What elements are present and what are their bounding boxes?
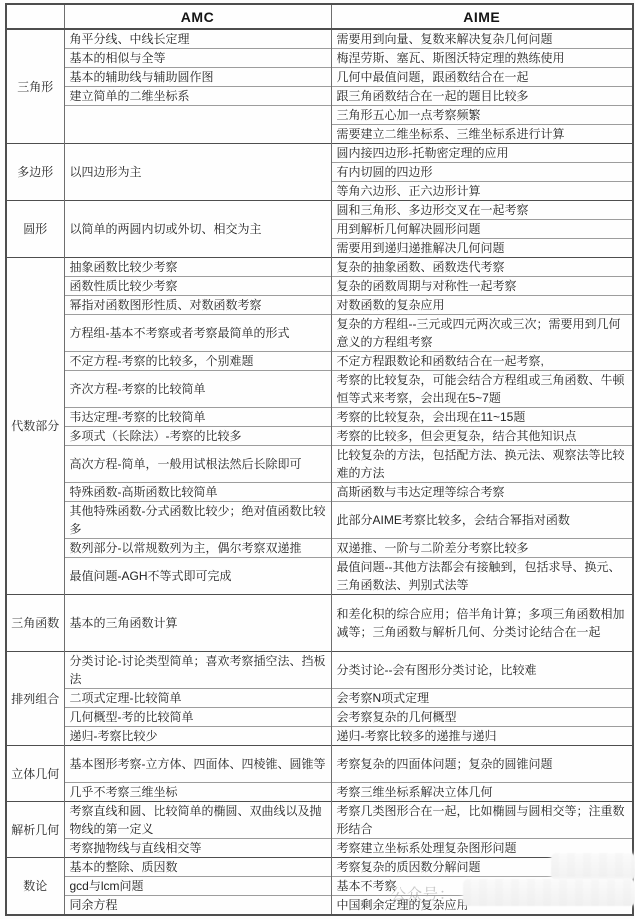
aime-cell: 复杂的方程组--三元或四元两次或三次；需要用到几何意义的方程组考察 <box>331 315 633 352</box>
table-row: 考察抛物线与直线相交等考察建立坐标系处理复杂图形问题 <box>6 839 633 858</box>
table-row: 数列部分-以常规数列为主，偶尔考察双递推双递推、一阶与二阶差分考察比较多 <box>6 539 633 558</box>
amc-cell: 韦达定理-考察的比较简单 <box>64 408 331 427</box>
amc-cell: 最值问题-AGH不等式即可完成 <box>64 558 331 595</box>
table-row: 多项式（长除法）-考察的比较多考察的比较多，但会更复杂，结合其他知识点 <box>6 427 633 446</box>
amc-cell: 函数性质比较少考察 <box>64 277 331 296</box>
amc-cell: 数列部分-以常规数列为主，偶尔考察双递推 <box>64 539 331 558</box>
table-row: 排列组合分类讨论-讨论类型简单；喜欢考察插空法、挡板法分类讨论--会有图形分类讨… <box>6 652 633 689</box>
table-row: 三角形五心加一点考察频繁 <box>6 106 633 125</box>
aime-cell: 等角六边形、正六边形计算 <box>331 182 633 201</box>
aime-cell: 几何中最值问题，跟函数结合在一起 <box>331 68 633 87</box>
amc-cell: 其他特殊函数-分式函数比较少；绝对值函数比较多 <box>64 502 331 539</box>
amc-cell: 幂指对函数图形性质、对数函数考察 <box>64 296 331 315</box>
amc-cell: 基本图形考察-立方体、四面体、四棱锥、圆锥等 <box>64 746 331 783</box>
category-cell: 数论 <box>6 858 64 916</box>
table-row: 幂指对函数图形性质、对数函数考察对数函数的复杂应用 <box>6 296 633 315</box>
table-row: 三角函数基本的三角函数计算和差化积的综合应用；倍半角计算；多项三角函数相加减等；… <box>6 595 633 652</box>
amc-cell: 以简单的两圆内切或外切、相交为主 <box>64 201 331 258</box>
aime-cell: 有内切圆的四边形 <box>331 163 633 182</box>
table-row: 韦达定理-考察的比较简单考察的比较复杂，会出现在11~15题 <box>6 408 633 427</box>
amc-cell: 考察直线和圆、比较简单的椭圆、双曲线以及抛物线的第一定义 <box>64 802 331 839</box>
aime-cell: 考察的比较多，但会更复杂，结合其他知识点 <box>331 427 633 446</box>
amc-cell: 以四边形为主 <box>64 144 331 201</box>
aime-cell: 和差化积的综合应用；倍半角计算；多项三角函数相加减等；三角函数与解析几何、分类讨… <box>331 595 633 652</box>
aime-cell: 会考察复杂的几何概型 <box>331 708 633 727</box>
table-row: 基本的相似与全等梅涅劳斯、塞瓦、斯图沃特定理的熟练使用 <box>6 49 633 68</box>
watermark-blur-block-bottom <box>463 879 635 906</box>
aime-cell: 复杂的抽象函数、函数迭代考察 <box>331 258 633 277</box>
aime-cell: 双递推、一阶与二阶差分考察比较多 <box>331 539 633 558</box>
table-row: 最值问题-AGH不等式即可完成最值问题--其他方法都会有接触到，包括求导、换元、… <box>6 558 633 595</box>
amc-cell <box>64 106 331 144</box>
table-row: 立体几何基本图形考察-立方体、四面体、四棱锥、圆锥等考察复杂的四面体问题；复杂的… <box>6 746 633 783</box>
table-row: 基本的辅助线与辅助圆作图几何中最值问题，跟函数结合在一起 <box>6 68 633 87</box>
aime-cell: 圆和三角形、多边形交叉在一起考察 <box>331 201 633 220</box>
watermark-blur-block-top <box>551 853 635 880</box>
table-row: 不定方程-考察的比较多，个别难题不定方程跟数论和函数结合在一起考察, <box>6 352 633 371</box>
amc-cell: 特殊函数-高斯函数比较简单 <box>64 483 331 502</box>
category-cell: 立体几何 <box>6 746 64 802</box>
amc-cell: 基本的相似与全等 <box>64 49 331 68</box>
aime-cell: 高斯函数与韦达定理等综合考察 <box>331 483 633 502</box>
table-row: 高次方程-简单，一般用试根法然后长除即可比较复杂的方法，包括配方法、换元法、观察… <box>6 446 633 483</box>
aime-cell: 此部分AIME考察比较多，会结合幂指对函数 <box>331 502 633 539</box>
category-cell: 三角形 <box>6 29 64 144</box>
amc-cell: gcd与lcm问题 <box>64 877 331 896</box>
amc-cell: 不定方程-考察的比较多，个别难题 <box>64 352 331 371</box>
amc-cell: 同余方程 <box>64 896 331 916</box>
aime-cell: 最值问题--其他方法都会有接触到，包括求导、换元、三角函数法、判别式法等 <box>331 558 633 595</box>
amc-cell: 分类讨论-讨论类型简单；喜欢考察插空法、挡板法 <box>64 652 331 689</box>
table-row: 建立简单的二维坐标系跟三角函数结合在一起的题目比较多 <box>6 87 633 106</box>
table-row: 其他特殊函数-分式函数比较少；绝对值函数比较多此部分AIME考察比较多，会结合幂… <box>6 502 633 539</box>
category-cell: 解析几何 <box>6 802 64 858</box>
header-category-cell <box>6 4 64 29</box>
table-row: 三角形角平分线、中线长定理需要用到向量、复数来解决复杂几何问题 <box>6 29 633 49</box>
aime-cell: 对数函数的复杂应用 <box>331 296 633 315</box>
amc-cell: 方程组-基本不考察或者考察最简单的形式 <box>64 315 331 352</box>
amc-cell: 齐次方程-考察的比较简单 <box>64 371 331 408</box>
aime-cell: 考察复杂的四面体问题；复杂的圆锥问题 <box>331 746 633 783</box>
amc-cell: 基本的三角函数计算 <box>64 595 331 652</box>
amc-cell: 递归-考察比较少 <box>64 727 331 746</box>
comparison-table-body: 三角形角平分线、中线长定理需要用到向量、复数来解决复杂几何问题基本的相似与全等梅… <box>6 29 633 915</box>
amc-cell: 考察抛物线与直线相交等 <box>64 839 331 858</box>
aime-cell: 不定方程跟数论和函数结合在一起考察, <box>331 352 633 371</box>
table-row: 方程组-基本不考察或者考察最简单的形式复杂的方程组--三元或四元两次或三次；需要… <box>6 315 633 352</box>
header-amc-cell: AMC <box>64 4 331 29</box>
aime-cell: 需要用到向量、复数来解决复杂几何问题 <box>331 29 633 49</box>
table-row: 数论基本的整除、质因数考察复杂的质因数分解问题 <box>6 858 633 877</box>
aime-cell: 复杂的函数周期与对称性一起考察 <box>331 277 633 296</box>
aime-cell: 分类讨论--会有图形分类讨论，比较难 <box>331 652 633 689</box>
category-cell: 圆形 <box>6 201 64 258</box>
category-cell: 三角函数 <box>6 595 64 652</box>
table-row: 几乎不考察三维坐标考察三维坐标系解决立体几何 <box>6 783 633 802</box>
amc-cell: 角平分线、中线长定理 <box>64 29 331 49</box>
aime-cell: 考察几类图形合在一起，比如椭圆与圆相交等；注重数形结合 <box>331 802 633 839</box>
table-row: 函数性质比较少考察复杂的函数周期与对称性一起考察 <box>6 277 633 296</box>
aime-cell: 比较复杂的方法，包括配方法、换元法、观察法等比较难的方法 <box>331 446 633 483</box>
category-cell: 多边形 <box>6 144 64 201</box>
aime-cell: 需要用到递归递推解决几何问题 <box>331 239 633 258</box>
amc-cell: 几乎不考察三维坐标 <box>64 783 331 802</box>
amc-cell: 二项式定理-比较简单 <box>64 689 331 708</box>
table-row: 几何概型-考的比较简单会考察复杂的几何概型 <box>6 708 633 727</box>
table-row: 多边形以四边形为主圆内接四边形-托勒密定理的应用 <box>6 144 633 163</box>
amc-cell: 建立简单的二维坐标系 <box>64 87 331 106</box>
aime-cell: 用到解析几何解决圆形问题 <box>331 220 633 239</box>
amc-cell: 基本的整除、质因数 <box>64 858 331 877</box>
aime-cell: 递归-考察比较多的递推与递归 <box>331 727 633 746</box>
amc-cell: 抽象函数比较少考察 <box>64 258 331 277</box>
header-row: AMC AIME <box>6 4 633 29</box>
amc-aime-comparison-table: AMC AIME 三角形角平分线、中线长定理需要用到向量、复数来解决复杂几何问题… <box>5 3 634 916</box>
table-row: 二项式定理-比较简单会考察N项式定理 <box>6 689 633 708</box>
aime-cell: 考察三维坐标系解决立体几何 <box>331 783 633 802</box>
amc-cell: 多项式（长除法）-考察的比较多 <box>64 427 331 446</box>
table-row: 代数部分抽象函数比较少考察复杂的抽象函数、函数迭代考察 <box>6 258 633 277</box>
aime-cell: 梅涅劳斯、塞瓦、斯图沃特定理的熟练使用 <box>331 49 633 68</box>
aime-cell: 三角形五心加一点考察频繁 <box>331 106 633 125</box>
table-row: 递归-考察比较少递归-考察比较多的递推与递归 <box>6 727 633 746</box>
amc-cell: 高次方程-简单，一般用试根法然后长除即可 <box>64 446 331 483</box>
amc-cell: 几何概型-考的比较简单 <box>64 708 331 727</box>
aime-cell: 跟三角函数结合在一起的题目比较多 <box>331 87 633 106</box>
aime-cell: 需要建立二维坐标系、三维坐标系进行计算 <box>331 125 633 144</box>
table-row: 解析几何考察直线和圆、比较简单的椭圆、双曲线以及抛物线的第一定义考察几类图形合在… <box>6 802 633 839</box>
table-row: 圆形以简单的两圆内切或外切、相交为主圆和三角形、多边形交叉在一起考察 <box>6 201 633 220</box>
header-aime-cell: AIME <box>331 4 633 29</box>
amc-cell: 基本的辅助线与辅助圆作图 <box>64 68 331 87</box>
aime-cell: 考察的比较复杂，可能会结合方程组或三角函数、牛顿恒等式来考察，会出现在5~7题 <box>331 371 633 408</box>
aime-cell: 圆内接四边形-托勒密定理的应用 <box>331 144 633 163</box>
aime-cell: 考察的比较复杂，会出现在11~15题 <box>331 408 633 427</box>
screenshot-root: { "table": { "header": { "category_label… <box>0 0 635 919</box>
table-row: 特殊函数-高斯函数比较简单高斯函数与韦达定理等综合考察 <box>6 483 633 502</box>
aime-cell: 会考察N项式定理 <box>331 689 633 708</box>
category-cell: 代数部分 <box>6 258 64 595</box>
table-row: 齐次方程-考察的比较简单考察的比较复杂，可能会结合方程组或三角函数、牛顿恒等式来… <box>6 371 633 408</box>
category-cell: 排列组合 <box>6 652 64 746</box>
comparison-table-container: AMC AIME 三角形角平分线、中线长定理需要用到向量、复数来解决复杂几何问题… <box>5 3 634 916</box>
